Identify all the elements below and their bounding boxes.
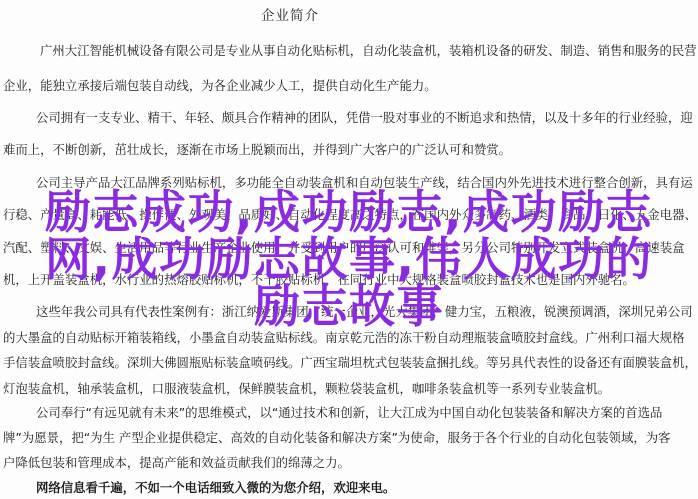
watermark-line: 励志故事 [0, 283, 698, 330]
paragraph-line: 公司拥有一支专业、精干、年轻、颇具合作精神的团队，凭借一股对事业的不断追求和热情… [36, 110, 693, 125]
page-title: 企业简介 [0, 8, 580, 24]
paragraph-line: 企业，能独立承接后端包装自动线，为各企业减少人工，提供自动化生产能力。 [3, 78, 437, 93]
paragraph-line: 户降低包装和管理成本，提高产能和效益贡献我们的绵薄之力。 [3, 455, 350, 470]
paragraph-line: 灯泡装盒机，轴承装盒机，口服液装盒机，保鲜膜装盒机，颗粒袋装盒机，咖啡条装盒机等… [3, 381, 610, 396]
watermark-line: 励志成功,成功励志,成功励志 [0, 189, 698, 236]
paragraph-line: 手信装盒喷胶封盒线。深圳大佛圆瓶贴标装盒喷码线。广西宝瑞坦枕式包装装盒捆扎线。等… [3, 355, 697, 370]
company-intro-document: 企业简介 广州大江智能机械设备有限公司是专业从事自动化贴标机，自动化装盒机，装箱… [0, 0, 698, 499]
paragraph-line: 公司奉行“有远见就有未来”的思维模式，以“通过技术和创新，让大江成为中国自动化包… [36, 405, 662, 420]
paragraph-line: 难而上，不断创新，茁壮成长，逐渐在市场上脱颖而出，并得到广大客户的广泛认可和赞赏… [3, 142, 511, 157]
watermark-overlay: 励志成功,成功励志,成功励志 网,成功励志故事,伟人成功的 励志故事 [0, 189, 698, 330]
paragraph-line: 牌”为愿景，把“为生 产型企业提供稳定、高效的自动化装备和解决方案”为使命，服务… [3, 430, 671, 445]
paragraph-line: 广州大江智能机械设备有限公司是专业从事自动化贴标机，自动化装盒机，装箱机设备的研… [40, 43, 697, 58]
contact-call-to-action-line: 网络信息看千遍，不如一个电话细致入微的为您介绍，欢迎来电。 [36, 480, 395, 495]
watermark-line: 网,成功励志故事,伟人成功的 [0, 236, 698, 283]
